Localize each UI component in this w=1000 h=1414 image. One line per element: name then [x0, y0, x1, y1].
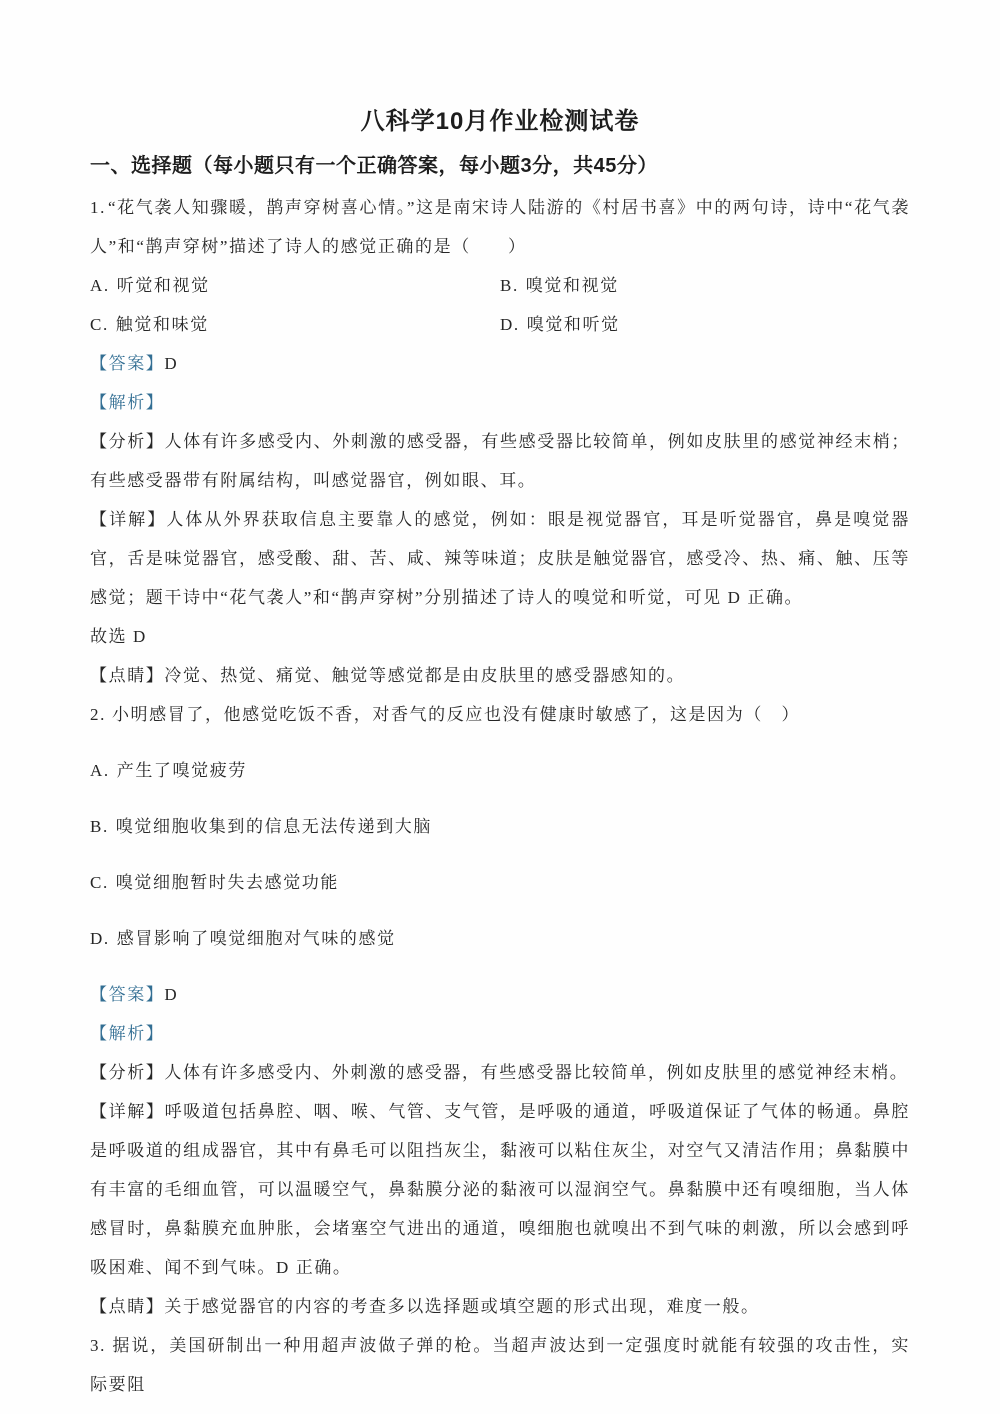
dianjing-tag: 【点睛】 [90, 1297, 164, 1316]
xiangjie-text: 人体从外界获取信息主要靠人的感觉，例如：眼是视觉器官，耳是听觉器官，鼻是嗅觉器官… [90, 510, 910, 607]
fenxi-para: 【分析】人体有许多感受内、外刺激的感受器，有些感受器比较简单，例如皮肤里的感觉神… [90, 422, 910, 500]
jiexi-tag: 【解析】 [90, 393, 164, 412]
xiangjie-tag: 【详解】 [90, 1102, 165, 1121]
option-text: 嗅觉和听觉 [527, 315, 620, 334]
option-b: B.嗅觉和视觉 [500, 266, 910, 305]
section-heading: 一、选择题（每小题只有一个正确答案，每小题3分，共45分） [90, 144, 910, 188]
option-b: B.嗅觉细胞收集到的信息无法传递到大脑 [90, 807, 910, 846]
dianjing-para: 【点睛】冷觉、热觉、痛觉、触觉等感觉都是由皮肤里的感受器感知的。 [90, 656, 910, 695]
options-grid: A.听觉和视觉 B.嗅觉和视觉 C.触觉和味觉 D.嗅觉和听觉 [90, 266, 910, 344]
jiexi-line: 【解析】 [90, 383, 910, 422]
option-key: A. [90, 761, 110, 780]
question-number: 2. [90, 705, 106, 724]
fenxi-tag: 【分析】 [90, 432, 165, 451]
option-d: D.嗅觉和听觉 [500, 305, 910, 344]
dianjing-tag: 【点睛】 [90, 666, 164, 685]
question-number: 3. [90, 1336, 106, 1355]
option-a: A.听觉和视觉 [90, 266, 500, 305]
question-block-2: 2.小明感冒了，他感觉吃饭不香，对香气的反应也没有健康时敏感了，这是因为（ ） … [90, 695, 910, 1326]
option-key: B. [500, 276, 519, 295]
question-stem: 2.小明感冒了，他感觉吃饭不香，对香气的反应也没有健康时敏感了，这是因为（ ） [90, 695, 910, 734]
fenxi-text: 人体有许多感受内、外刺激的感受器，有些感受器比较简单，例如皮肤里的感觉神经末梢；… [90, 432, 910, 490]
option-key: C. [90, 315, 109, 334]
document-page: 八科学10月作业检测试卷 一、选择题（每小题只有一个正确答案，每小题3分，共45… [0, 0, 1000, 1414]
xiangjie-text: 呼吸道包括鼻腔、咽、喉、气管、支气管，是呼吸的通道，呼吸道保证了气体的畅通。鼻腔… [90, 1102, 910, 1277]
answer-tag: 【答案】 [90, 354, 164, 373]
dianjing-para: 【点睛】关于感觉器官的内容的考查多以选择题或填空题的形式出现，难度一般。 [90, 1287, 910, 1326]
dianjing-text: 冷觉、热觉、痛觉、触觉等感觉都是由皮肤里的感受器感知的。 [164, 666, 685, 685]
option-text: 听觉和视觉 [117, 276, 210, 295]
option-text: 感冒影响了嗅觉细胞对气味的感觉 [117, 929, 396, 948]
option-key: C. [90, 873, 109, 892]
fenxi-tag: 【分析】 [90, 1063, 164, 1082]
option-key: B. [90, 817, 109, 836]
option-text: 嗅觉细胞暂时失去感觉功能 [116, 873, 339, 892]
jiexi-line: 【解析】 [90, 1014, 910, 1053]
dianjing-text: 关于感觉器官的内容的考查多以选择题或填空题的形式出现，难度一般。 [164, 1297, 759, 1316]
option-key: D. [500, 315, 520, 334]
question-number: 1. [90, 198, 106, 217]
xiangjie-para: 【详解】人体从外界获取信息主要靠人的感觉，例如：眼是视觉器官，耳是听觉器官，鼻是… [90, 500, 910, 617]
option-text: 触觉和味觉 [116, 315, 209, 334]
question-stem-text: 小明感冒了，他感觉吃饭不香，对香气的反应也没有健康时敏感了，这是因为（ ） [112, 705, 800, 724]
xiangjie-tag: 【详解】 [90, 510, 166, 529]
option-text: 嗅觉和视觉 [526, 276, 619, 295]
xiangjie-para: 【详解】呼吸道包括鼻腔、咽、喉、气管、支气管，是呼吸的通道，呼吸道保证了气体的畅… [90, 1092, 910, 1287]
option-c: C.触觉和味觉 [90, 305, 500, 344]
fenxi-text: 人体有许多感受内、外刺激的感受器，有些感受器比较简单，例如皮肤里的感觉神经末梢。 [164, 1063, 908, 1082]
answer-line: 【答案】D [90, 344, 910, 383]
jiexi-tag: 【解析】 [90, 1024, 164, 1043]
option-key: A. [90, 276, 110, 295]
question-stem: 1.“花气袭人知骤暖，鹊声穿树喜心情。”这是南宋诗人陆游的《村居书喜》中的两句诗… [90, 188, 910, 266]
page-title: 八科学10月作业检测试卷 [90, 100, 910, 144]
answer-value: D [164, 354, 178, 373]
answer-tag: 【答案】 [90, 985, 164, 1004]
fenxi-para: 【分析】人体有许多感受内、外刺激的感受器，有些感受器比较简单，例如皮肤里的感觉神… [90, 1053, 910, 1092]
question-stem-text: 据说，美国研制出一种用超声波做子弹的枪。当超声波达到一定强度时就能有较强的攻击性… [90, 1336, 910, 1394]
answer-value: D [164, 985, 178, 1004]
option-text: 嗅觉细胞收集到的信息无法传递到大脑 [116, 817, 432, 836]
question-stem-text: “花气袭人知骤暖，鹊声穿树喜心情。”这是南宋诗人陆游的《村居书喜》中的两句诗，诗… [90, 198, 910, 256]
conclusion-line: 故选 D [90, 617, 910, 656]
option-text: 产生了嗅觉疲劳 [117, 761, 247, 780]
question-block-1: 1.“花气袭人知骤暖，鹊声穿树喜心情。”这是南宋诗人陆游的《村居书喜》中的两句诗… [90, 188, 910, 695]
question-stem: 3.据说，美国研制出一种用超声波做子弹的枪。当超声波达到一定强度时就能有较强的攻… [90, 1326, 910, 1404]
question-block-3: 3.据说，美国研制出一种用超声波做子弹的枪。当超声波达到一定强度时就能有较强的攻… [90, 1326, 910, 1404]
option-d: D.感冒影响了嗅觉细胞对气味的感觉 [90, 919, 910, 958]
option-key: D. [90, 929, 110, 948]
option-c: C.嗅觉细胞暂时失去感觉功能 [90, 863, 910, 902]
answer-line: 【答案】D [90, 975, 910, 1014]
option-a: A.产生了嗅觉疲劳 [90, 751, 910, 790]
